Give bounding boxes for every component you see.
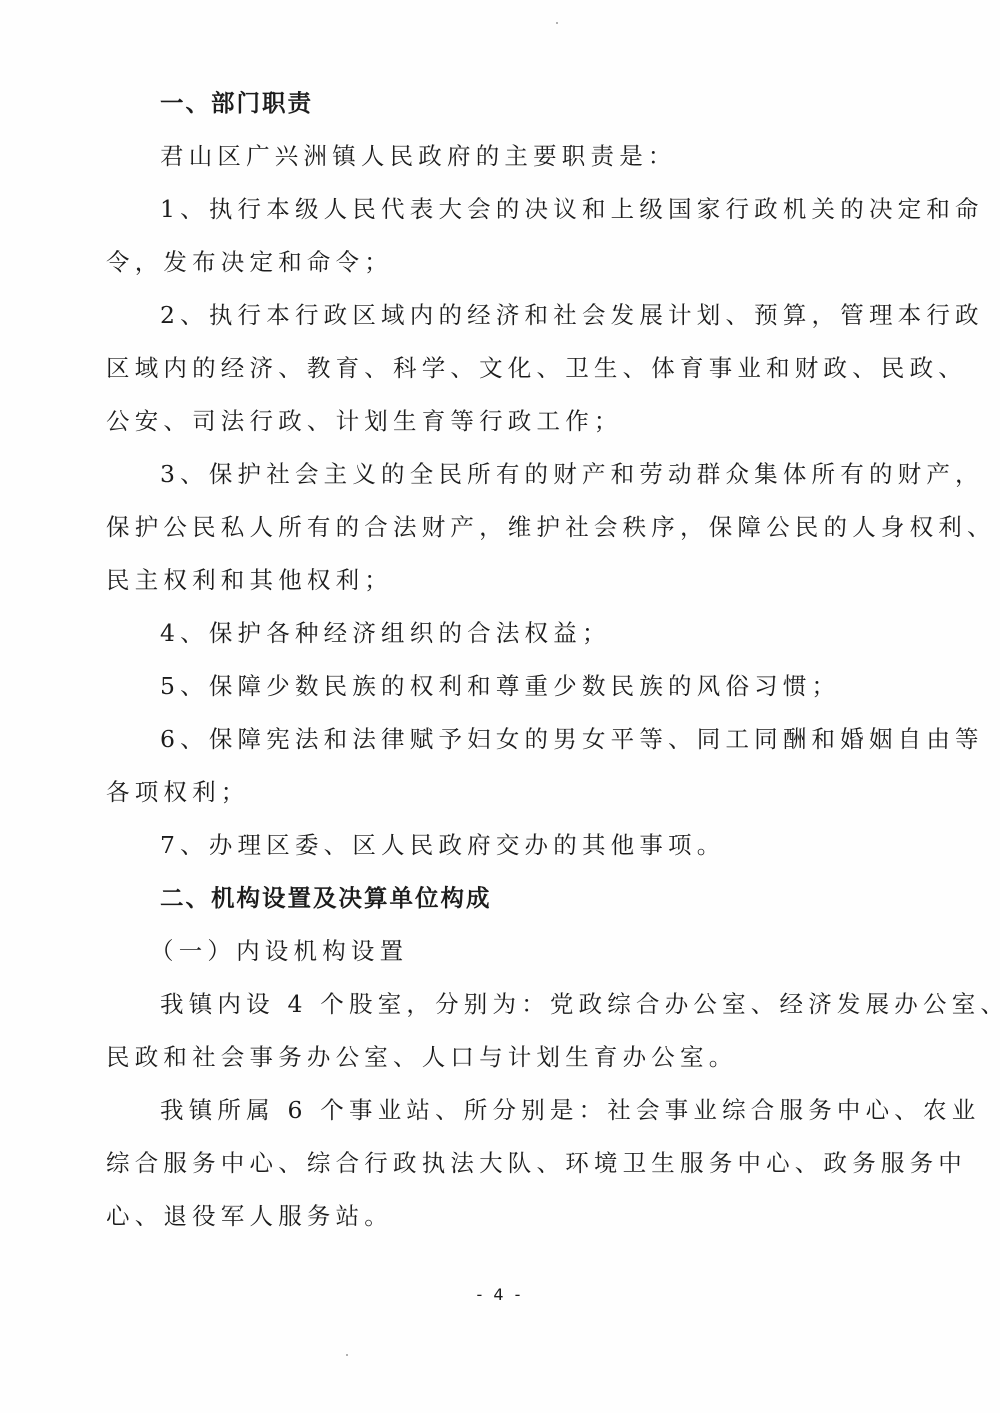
subheading-internal-setup: （一）内设机构设置	[150, 936, 408, 966]
internal-offices-line-1: 我镇内设 4 个股室，分别为：党政综合办公室、经济发展办公室、	[160, 989, 1000, 1019]
duty-item-7: 7、办理区委、区人民政府交办的其他事项。	[160, 830, 725, 860]
duty-item-2-line-3: 公安、司法行政、计划生育等行政工作；	[106, 406, 623, 436]
scan-speck	[346, 1354, 348, 1356]
section-heading-organization: 二、机构设置及决算单位构成	[160, 883, 492, 913]
duty-item-2-line-1: 2、执行本行政区域内的经济和社会发展计划、预算，管理本行政	[160, 300, 984, 330]
duty-item-1-line-1: 1、执行本级人民代表大会的决议和上级国家行政机关的决定和命	[160, 194, 984, 224]
duty-item-6-line-2: 各项权利；	[106, 777, 250, 807]
duty-item-3-line-1: 3、保护社会主义的全民所有的财产和劳动群众集体所有的财产，	[160, 459, 984, 489]
duty-item-5: 5、保障少数民族的权利和尊重少数民族的风俗习惯；	[160, 671, 840, 701]
affiliated-units-line-3: 心、退役军人服务站。	[106, 1201, 393, 1231]
duty-item-4: 4、保护各种经济组织的合法权益；	[160, 618, 611, 648]
affiliated-units-line-2: 综合服务中心、综合行政执法大队、环境卫生服务中心、政务服务中	[106, 1148, 967, 1178]
duty-item-3-line-3: 民主权利和其他权利；	[106, 565, 393, 595]
section-heading-duties: 一、部门职责	[160, 88, 313, 118]
duty-item-6-line-1: 6、保障宪法和法律赋予妇女的男女平等、同工同酬和婚姻自由等	[160, 724, 984, 754]
affiliated-units-line-1: 我镇所属 6 个事业站、所分别是：社会事业综合服务中心、农业	[160, 1095, 980, 1125]
page-number: - 4 -	[0, 1285, 1000, 1304]
scan-speck	[556, 22, 558, 24]
document-page: 一、部门职责 君山区广兴洲镇人民政府的主要职责是： 1、执行本级人民代表大会的决…	[0, 0, 1000, 1413]
duty-item-1-line-2: 令，发布决定和命令；	[106, 247, 393, 277]
duty-item-2-line-2: 区域内的经济、教育、科学、文化、卫生、体育事业和财政、民政、	[106, 353, 967, 383]
intro-text: 君山区广兴洲镇人民政府的主要职责是：	[160, 141, 677, 171]
internal-offices-line-2: 民政和社会事务办公室、人口与计划生育办公室。	[106, 1042, 737, 1072]
duty-item-3-line-2: 保护公民私人所有的合法财产，维护社会秩序，保障公民的人身权利、	[106, 512, 996, 542]
